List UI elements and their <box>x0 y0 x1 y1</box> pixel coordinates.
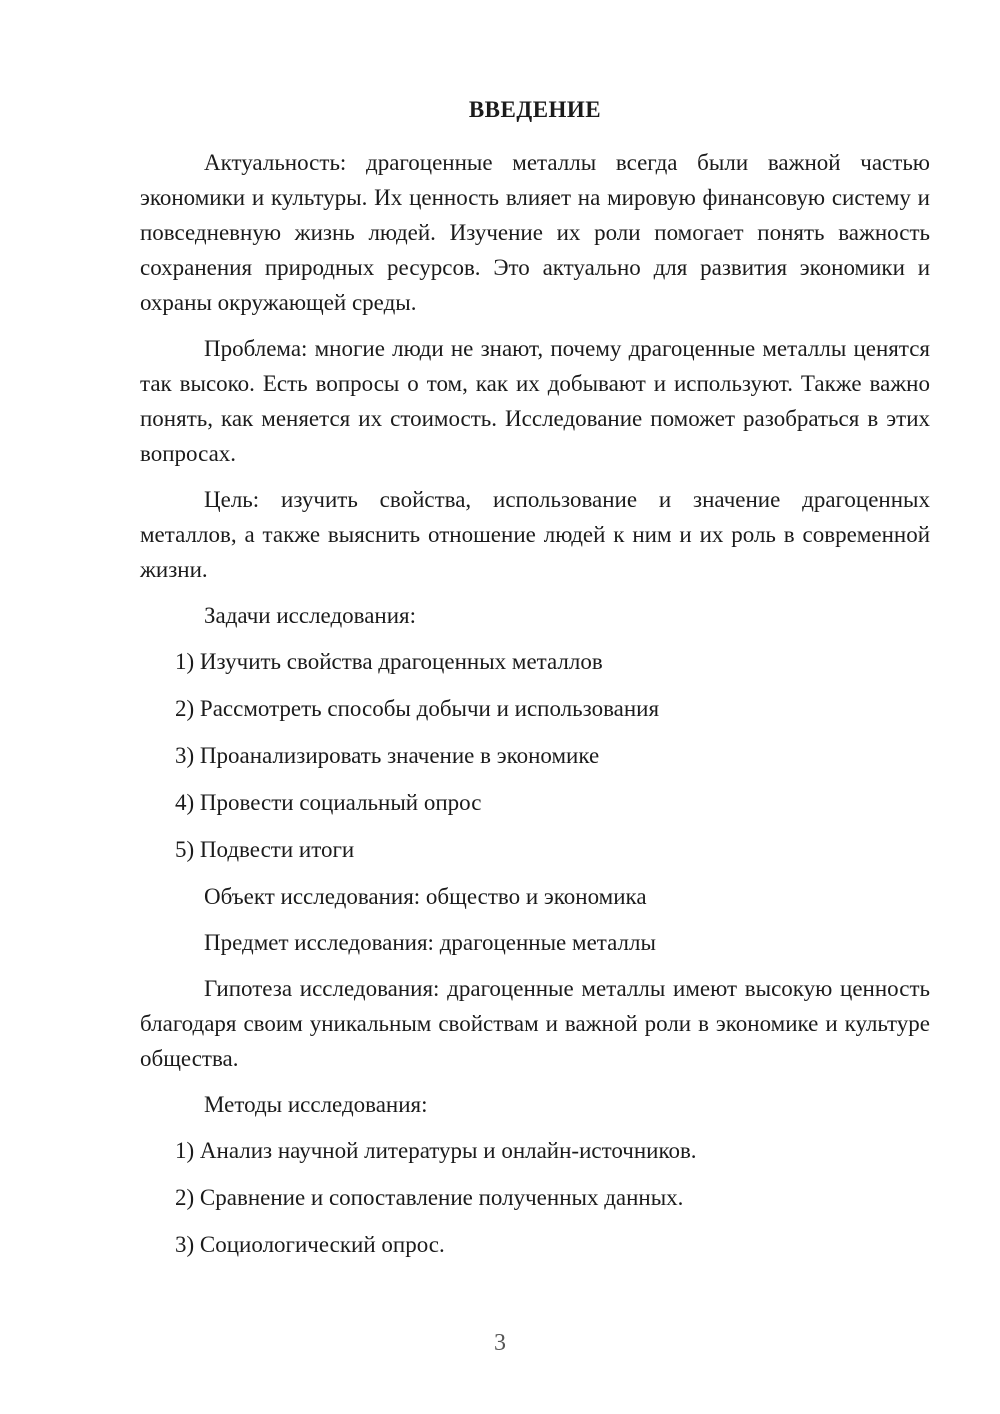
paragraph-goal: Цель: изучить свойства, использование и … <box>140 482 930 587</box>
methods-list: 1) Анализ научной литературы и онлайн-ис… <box>140 1133 930 1262</box>
method-item-2: 2) Сравнение и сопоставление полученных … <box>175 1180 930 1215</box>
task-item-5: 5) Подвести итоги <box>175 832 930 867</box>
method-item-1: 1) Анализ научной литературы и онлайн-ис… <box>175 1133 930 1168</box>
task-item-1: 1) Изучить свойства драгоценных металлов <box>175 644 930 679</box>
task-item-2: 2) Рассмотреть способы добычи и использо… <box>175 691 930 726</box>
paragraph-hypothesis: Гипотеза исследования: драгоценные метал… <box>140 971 930 1076</box>
page-number: 3 <box>0 1330 1000 1356</box>
paragraph-actuality: Актуальность: драгоценные металлы всегда… <box>140 145 930 320</box>
document-page: ВВЕДЕНИЕ Актуальность: драгоценные метал… <box>0 0 1000 1414</box>
methods-heading: Методы исследования: <box>140 1087 930 1122</box>
method-item-3: 3) Социологический опрос. <box>175 1227 930 1262</box>
paragraph-problem: Проблема: многие люди не знают, почему д… <box>140 331 930 471</box>
task-item-3: 3) Проанализировать значение в экономике <box>175 738 930 773</box>
task-item-4: 4) Провести социальный опрос <box>175 785 930 820</box>
paragraph-object: Объект исследования: общество и экономик… <box>140 879 930 914</box>
paragraph-subject: Предмет исследования: драгоценные металл… <box>140 925 930 960</box>
tasks-list: 1) Изучить свойства драгоценных металлов… <box>140 644 930 867</box>
section-title: ВВЕДЕНИЕ <box>140 92 930 127</box>
tasks-heading: Задачи исследования: <box>140 598 930 633</box>
